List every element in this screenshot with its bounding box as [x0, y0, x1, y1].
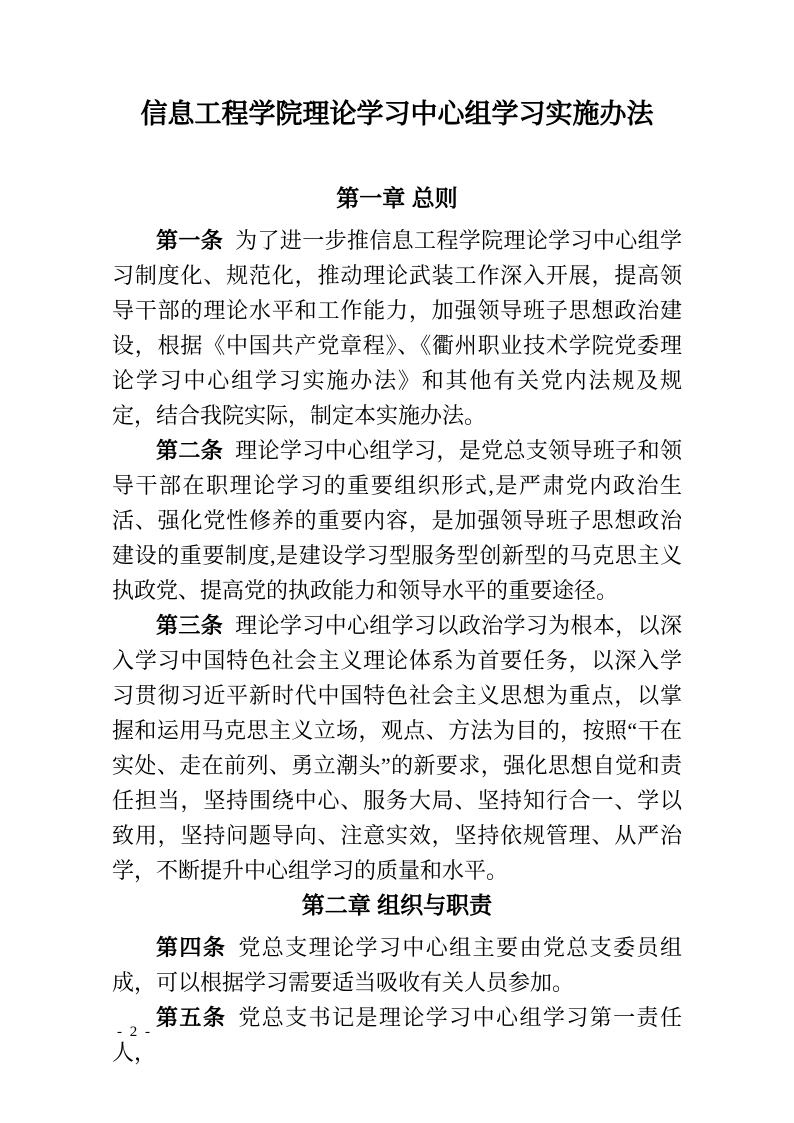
page-number: - 2 -	[117, 1024, 152, 1041]
article-number: 第五条	[156, 1005, 226, 1030]
article-number: 第一条	[156, 228, 223, 253]
article-paragraph: 第二条理论学习中心组学习，是党总支领导班子和领导干部在职理论学习的重要组织形式,…	[112, 433, 682, 608]
chapter-heading: 第一章 总则	[112, 181, 682, 216]
article-number: 第三条	[156, 613, 223, 638]
article-text: 理论学习中心组学习以政治学习为根本，以深入学习中国特色社会主义理论体系为首要任务…	[112, 613, 682, 883]
article-paragraph: 第五条党总支书记是理论学习中心组学习第一责任人，	[112, 1000, 682, 1070]
chapter-heading: 第二章 组织与职责	[112, 888, 682, 923]
document-title: 信息工程学院理论学习中心组学习实施办法	[0, 92, 794, 136]
article-paragraph: 第一条为了进一步推信息工程学院理论学习中心组学习制度化、规范化，推动理论武装工作…	[112, 223, 682, 433]
article-text: 为了进一步推信息工程学院理论学习中心组学习制度化、规范化，推动理论武装工作深入开…	[112, 228, 682, 428]
document-body: 第一章 总则第一条为了进一步推信息工程学院理论学习中心组学习制度化、规范化，推动…	[112, 181, 682, 1070]
document-page: 信息工程学院理论学习中心组学习实施办法 第一章 总则第一条为了进一步推信息工程学…	[0, 0, 794, 1123]
article-number: 第二条	[156, 438, 223, 463]
article-paragraph: 第四条党总支理论学习中心组主要由党总支委员组成，可以根据学习需要适当吸收有关人员…	[112, 930, 682, 1000]
article-paragraph: 第三条理论学习中心组学习以政治学习为根本，以深入学习中国特色社会主义理论体系为首…	[112, 608, 682, 888]
article-number: 第四条	[156, 935, 226, 960]
